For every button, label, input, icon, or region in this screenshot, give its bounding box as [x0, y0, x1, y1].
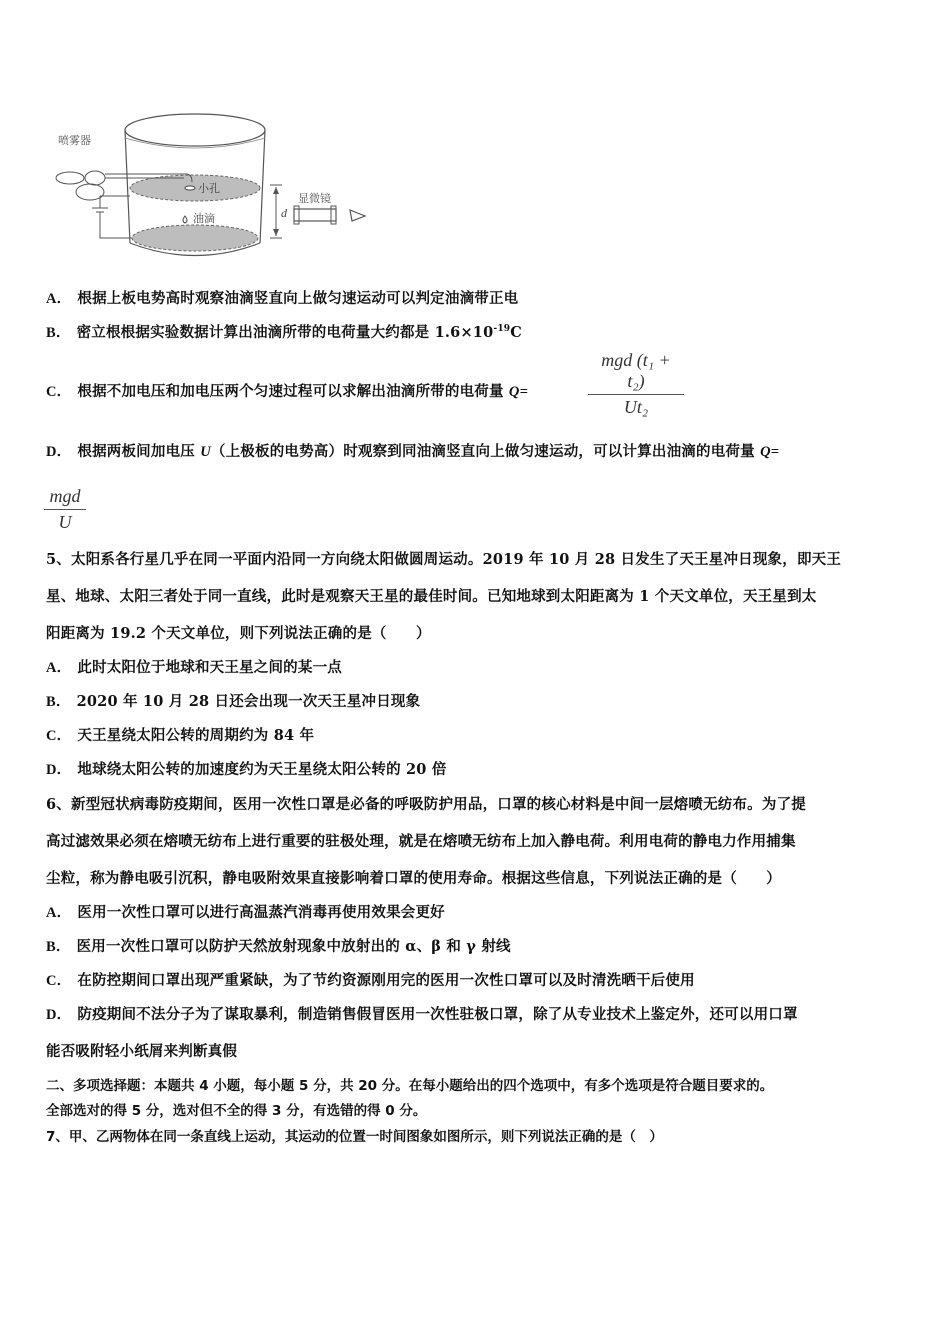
- q6-option-d-continued: 能否吸附轻小纸屑来判断真假: [46, 1040, 237, 1061]
- q4-option-b: B．密立根根据实验数据计算出油滴所带的电荷量大约都是 1.6×10-19C: [46, 321, 522, 342]
- oil-drop-label: 油滴: [193, 210, 215, 226]
- q4-option-d: D．根据两板间加电压 U（上极板的电势高）时观察到同油滴竖直向上做匀速运动，可以…: [46, 440, 779, 461]
- q5-stem-line-3: 阳距离为 19.2 个天文单位，则下列说法正确的是（ ）: [46, 622, 431, 643]
- q7-stem: 7、甲、乙两物体在同一条直线上运动，其运动的位置一时间图象如图所示，则下列说法正…: [46, 1125, 663, 1145]
- q6-option-a: A．医用一次性口罩可以进行高温蒸汽消毒再使用效果会更好: [46, 901, 445, 922]
- q5-option-d: D．地球绕太阳公转的加速度约为天王星绕太阳公转的 20 倍: [46, 758, 447, 779]
- q5-option-b: B．2020 年 10 月 28 日还会出现一次天王星冲日现象: [46, 690, 420, 711]
- q6-stem-line-3: 尘粒，称为静电吸引沉积，静电吸附效果直接影响着口罩的使用寿命。根据这些信息，下列…: [46, 867, 781, 888]
- hole-label: 小孔: [198, 180, 220, 196]
- q4-option-c: C．根据不加电压和加电压两个匀速过程可以求解出油滴所带的电荷量 Q=: [46, 380, 528, 401]
- distance-label: d: [281, 206, 287, 221]
- q6-option-b: B．医用一次性口罩可以防护天然放射现象中放射出的 α、β 和 γ 射线: [46, 935, 511, 956]
- q4-option-a: A．根据上板电势高时观察油滴竖直向上做匀速运动可以判定油滴带正电: [46, 287, 518, 308]
- q4-option-c-formula: mgd (t₁ + t₂) Ut₂: [588, 350, 684, 418]
- q5-stem-line-1: 5、太阳系各行星几乎在同一平面内沿同一方向绕太阳做圆周运动。2019 年 10 …: [46, 548, 841, 569]
- q6-option-c: C．在防控期间口罩出现严重紧缺，为了节约资源刚用完的医用一次性口罩可以及时清洗晒…: [46, 969, 695, 990]
- section-2-instructions-line-1: 二、多项选择题：本题共 4 小题，每小题 5 分，共 20 分。在每小题给出的四…: [46, 1074, 773, 1094]
- q5-stem-line-2: 星、地球、太阳三者处于同一直线，此时是观察天王星的最佳时间。已知地球到太阳距离为…: [46, 585, 816, 606]
- q6-option-d: D．防疫期间不法分子为了谋取暴利，制造销售假冒医用一次性驻极口罩，除了从专业技术…: [46, 1003, 798, 1024]
- q5-option-a: A．此时太阳位于地球和天王星之间的某一点: [46, 656, 342, 677]
- sprayer-label: 喷雾器: [58, 132, 91, 148]
- microscope-label: 显微镜: [298, 190, 331, 206]
- q4-option-d-formula: mgd U: [44, 486, 86, 533]
- q6-stem-line-1: 6、新型冠状病毒防疫期间，医用一次性口罩是必备的呼吸防护用品，口罩的核心材料是中…: [46, 793, 806, 814]
- q5-option-c: C．天王星绕太阳公转的周期约为 84 年: [46, 724, 314, 745]
- oil-drop-experiment-figure: 喷雾器 小孔 油滴 显微镜 d: [50, 108, 380, 258]
- q6-stem-line-2: 高过滤效果必须在熔喷无纺布上进行重要的驻极处理，就是在熔喷无纺布上加入静电荷。利…: [46, 830, 796, 851]
- section-2-instructions-line-2: 全部选对的得 5 分，选对但不全的得 3 分，有选错的得 0 分。: [46, 1099, 426, 1119]
